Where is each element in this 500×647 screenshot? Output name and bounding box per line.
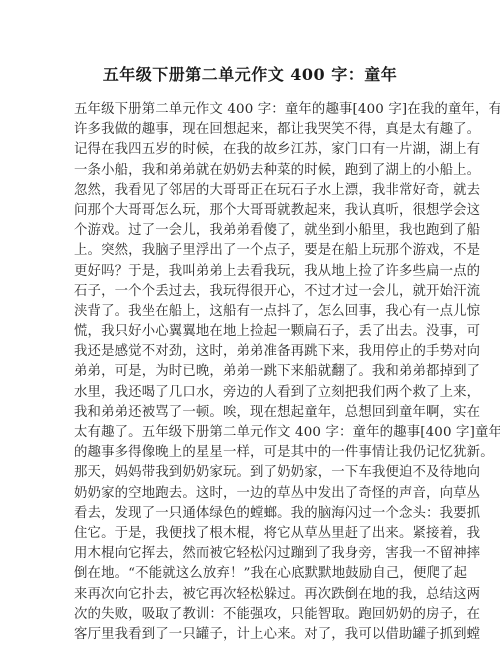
document-body: 五年级下册第二单元作文 400 字：童年的趣事[400 字]在我的童年，有 许多… — [74, 100, 434, 645]
body-line: 水里，我还喝了几口水，旁边的人看到了立刻把我们两个救了上来， — [74, 383, 434, 403]
body-line: 弟弟，可是，为时已晚，弟弟一跳下来船就翻了。我和弟弟都掉到了 — [74, 362, 434, 382]
body-line: 许多我做的趣事，现在回想起来，都让我哭笑不得，真是太有趣了。 — [74, 120, 434, 140]
body-line: 来再次向它扑去，被它再次轻松躲过。再次跌倒在地的我，总结这两 — [74, 585, 434, 605]
body-line: 浃背了。我坐在船上，这船有一点抖了，怎么回事，我心有一点儿惊 — [74, 302, 434, 322]
body-line: 更好吗？于是，我叫弟弟上去看我玩，我从地上捡了许多些扁一点的 — [74, 262, 434, 282]
body-line: 那天，妈妈带我到奶奶家玩。到了奶奶家，一下车我便迫不及待地向 — [74, 463, 434, 483]
body-line: 一条小船，我和弟弟就在奶奶去种菜的时候，跑到了湖上的小船上。 — [74, 161, 434, 181]
document-title: 五年级下册第二单元作文 400 字：童年 — [0, 62, 500, 85]
body-line: 我和弟弟还被骂了一顿。唉，现在想起童年，总想回到童年啊，实在 — [74, 403, 434, 423]
body-line: 五年级下册第二单元作文 400 字：童年的趣事[400 字]在我的童年，有 — [74, 100, 434, 120]
body-line: 太有趣了。五年级下册第二单元作文 400 字：童年的趣事[400 字]童年 — [74, 423, 434, 443]
body-line: 记得在我四五岁的时候，在我的故乡江苏，家门口有一片湖，湖上有 — [74, 140, 434, 160]
body-line: 慌，我只好小心翼翼地在地上捡起一颗扁石子，丢了出去。没事，可 — [74, 322, 434, 342]
body-line: 奶奶家的空地跑去。这时，一边的草丛中发出了奇怪的声音，向草丛 — [74, 484, 434, 504]
body-line: 我还是感觉不对劲，这时，弟弟准备再跳下来，我用停止的手势对向 — [74, 342, 434, 362]
body-line: 忽然，我看见了邻居的大哥哥正在玩石子水上漂，我非常好奇，就去 — [74, 181, 434, 201]
body-line: 上。突然，我脑子里浮出了一个点子，要是在船上玩那个游戏，不是 — [74, 241, 434, 261]
body-line: 次的失败，吸取了教训：不能强攻，只能智取。跑回奶奶的房子，在 — [74, 605, 434, 625]
body-line: 住它。于是，我便找了根木棍，将它从草丛里赶了出来。紧接着，我 — [74, 524, 434, 544]
body-line: 用木棍向它挥去，然而被它轻松闪过蹦到了我身旁，害我一不留神摔 — [74, 544, 434, 564]
body-line: 倒在地。“不能就这么放弃！”我在心底默默地鼓励自己，便爬了起 — [74, 564, 434, 584]
body-line: 个游戏。过了一会儿，我弟弟看傻了，就坐到小船里，我也跑到了船 — [74, 221, 434, 241]
body-line: 问那个大哥哥怎么玩，那个大哥哥就教起来，我认真听，很想学会这 — [74, 201, 434, 221]
body-line: 石子，一个个丢过去，我玩得很开心，不过才过一会儿，就开始汗流 — [74, 282, 434, 302]
document-page: 五年级下册第二单元作文 400 字：童年 五年级下册第二单元作文 400 字：童… — [0, 0, 500, 647]
body-line: 客厅里我看到了一只罐子，计上心来。对了，我可以借助罐子抓到螳 — [74, 625, 434, 645]
body-line: 的趣事多得像晚上的星星一样，可是其中的一件事情让我仍记忆犹新。 — [74, 443, 434, 463]
body-line: 看去，发现了一只通体绿色的螳螂。我的脑海闪过一个念头：我要抓 — [74, 504, 434, 524]
